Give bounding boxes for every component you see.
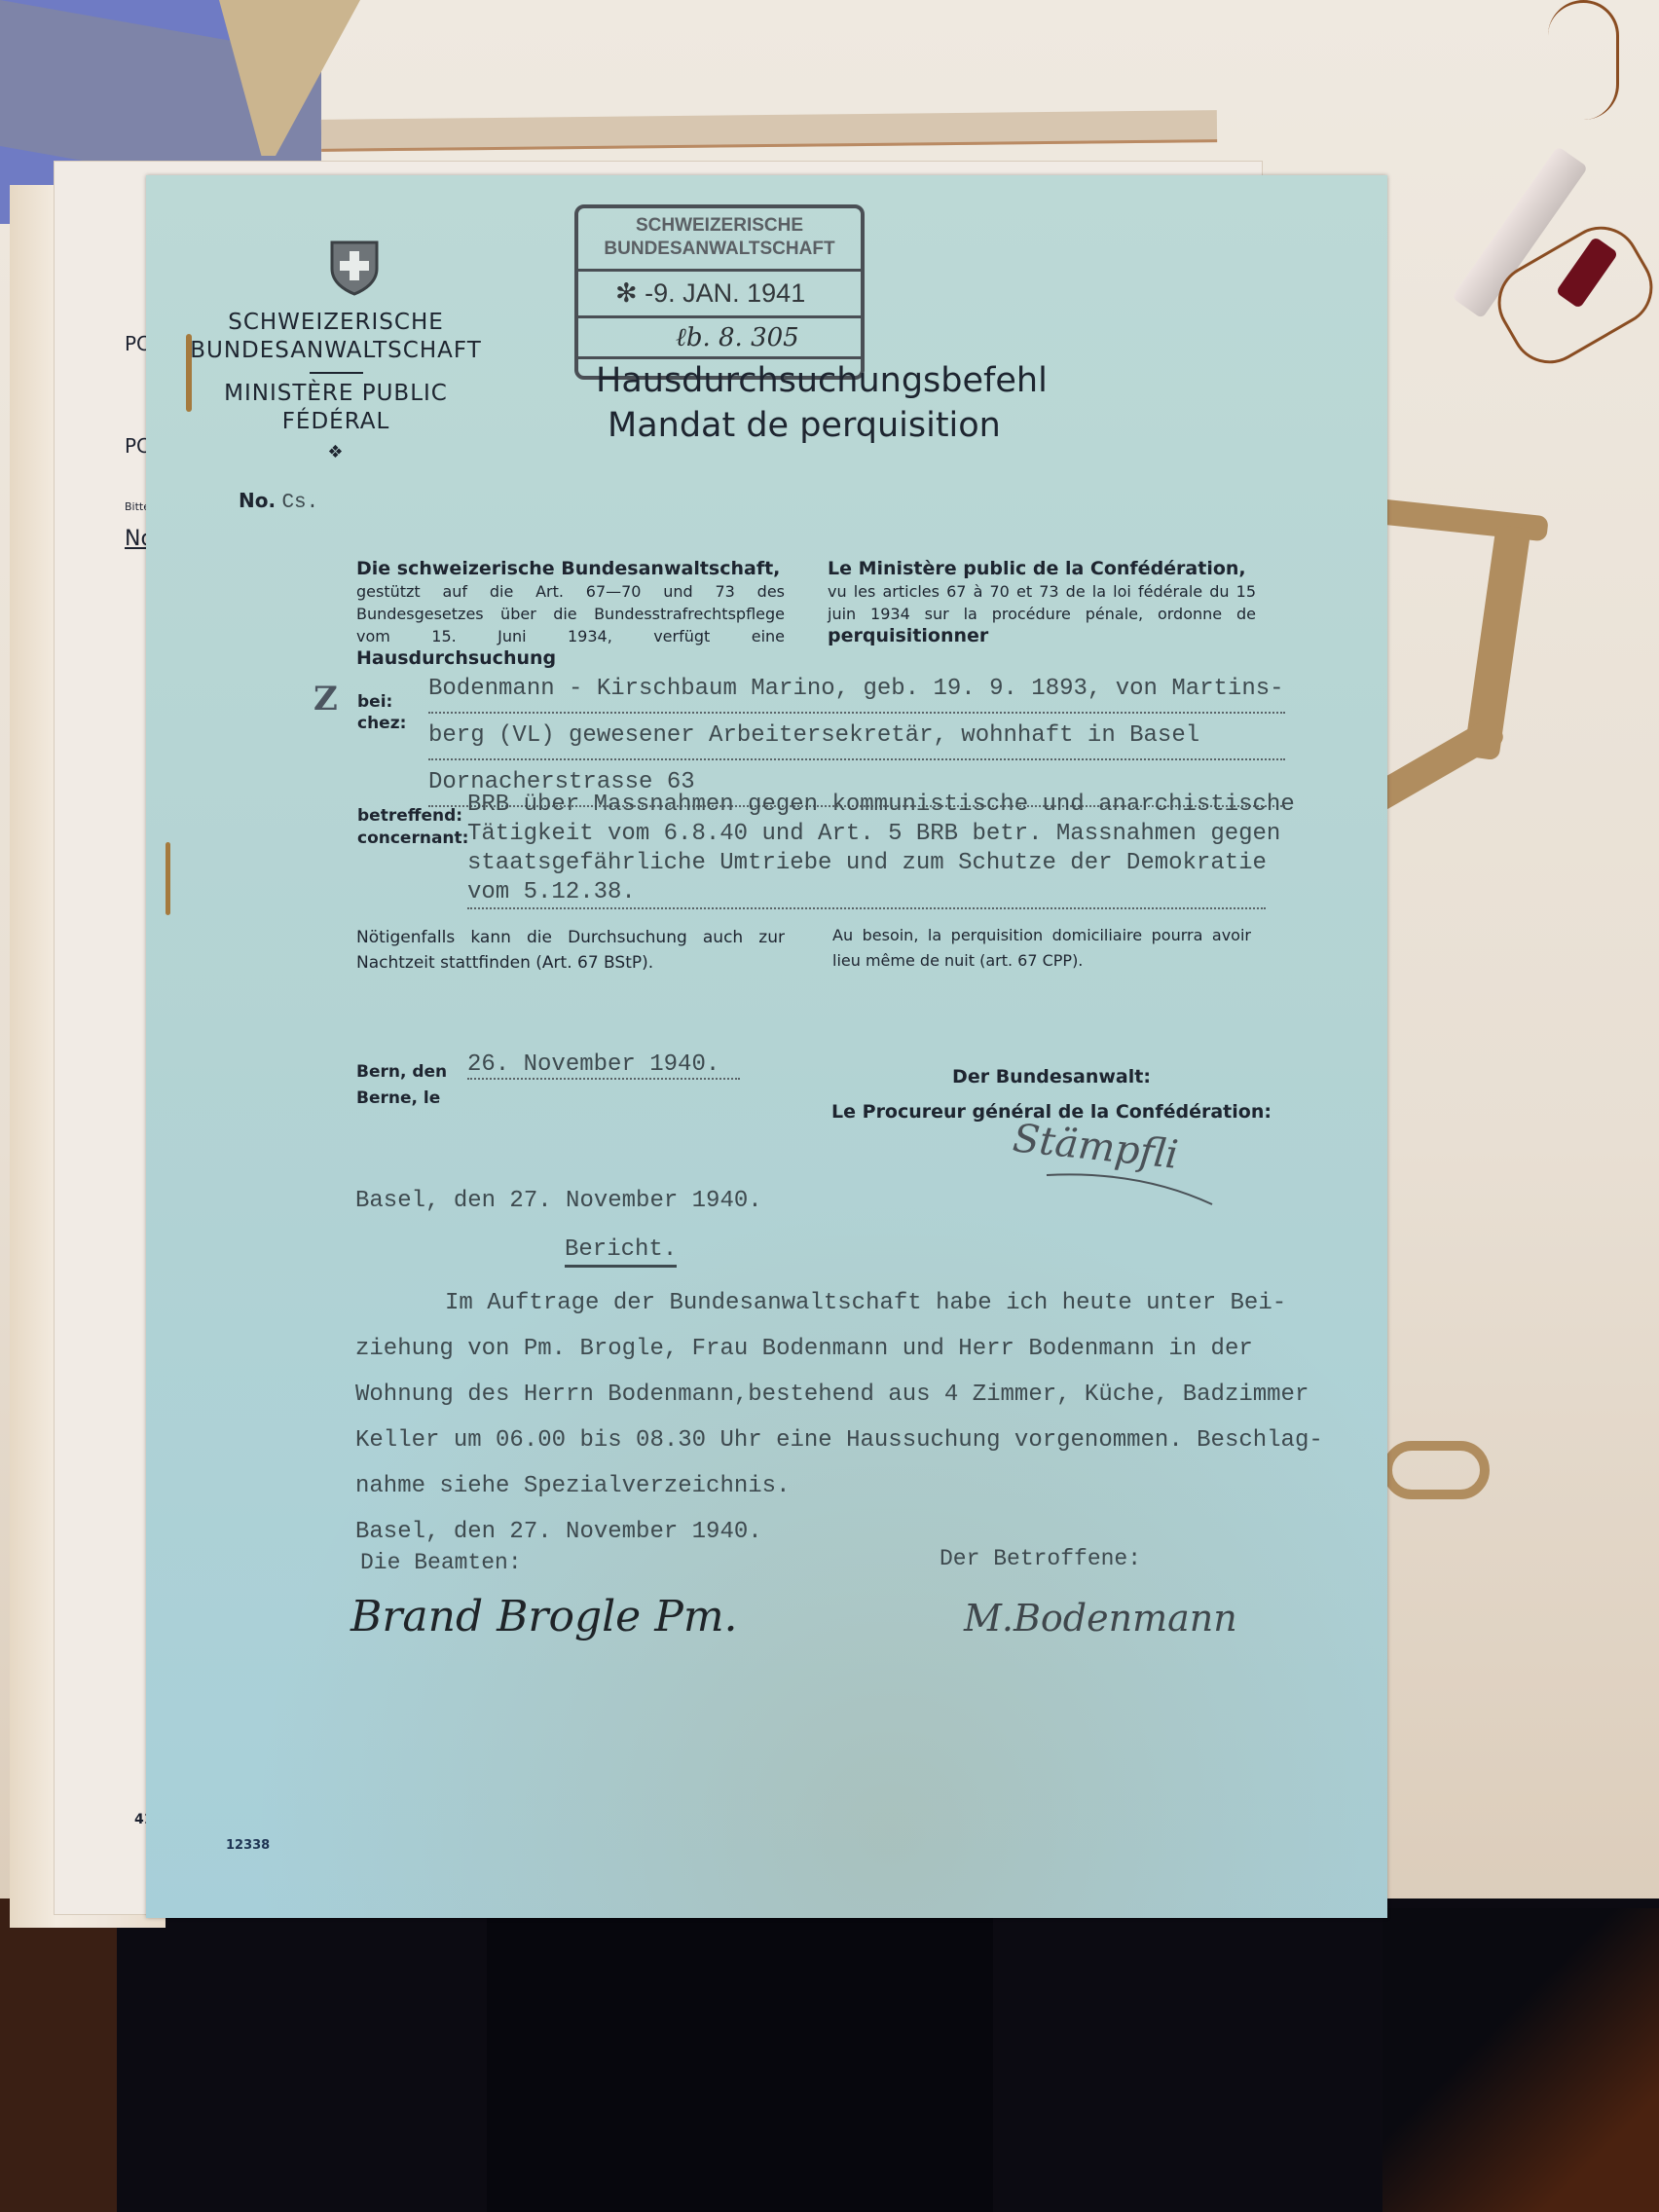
- officials-label: Die Beamten:: [360, 1550, 522, 1575]
- org-name-de-line1: SCHWEIZERISCHE: [175, 309, 497, 337]
- photographer-leg: [487, 1908, 993, 2212]
- preamble-fr-heading: Le Ministère public de la Confédération,: [828, 558, 1256, 580]
- preamble-fr: Le Ministère public de la Confédération,…: [828, 558, 1256, 647]
- search-warrant-form: SCHWEIZERISCHE BUNDESANWALTSCHAFT MINIST…: [146, 175, 1387, 1918]
- staple-bottom: [166, 842, 170, 915]
- report-line-4: Keller um 06.00 bis 08.30 Uhr eine Hauss…: [355, 1418, 1387, 1463]
- received-stamp: SCHWEIZERISCHE BUNDESANWALTSCHAFT ✻ -9. …: [574, 204, 865, 380]
- number-label: No.: [239, 489, 276, 512]
- stamp-date: ✻ -9. JAN. 1941: [615, 278, 805, 309]
- subject-line-2: Tätigkeit vom 6.8.40 und Art. 5 BRB betr…: [467, 820, 1324, 849]
- stamp-reference: ℓb. 8. 305: [676, 323, 799, 352]
- preamble-de-bold: Hausdurchsuchung: [356, 647, 556, 669]
- org-name-de-line2: BUNDESANWALTSCHAFT: [175, 337, 497, 365]
- stamp-line2: BUNDESANWALTSCHAFT: [578, 238, 861, 261]
- floor-wood: [0, 1899, 117, 2212]
- night-clause-de: Nötigenfalls kann die Durchsuchung auch …: [356, 925, 785, 976]
- recipient-labels: bei: chez:: [357, 691, 406, 734]
- number-value: Cs.: [281, 492, 318, 514]
- signature-flourish-icon: [1042, 1170, 1217, 1209]
- stamp-line1: SCHWEIZERISCHE: [578, 214, 861, 238]
- subject-line-3: staatsgefährliche Umtriebe und zum Schut…: [467, 849, 1324, 878]
- report-place-date: Basel, den 27. November 1940.: [355, 1188, 762, 1214]
- pen-cord-top: [1548, 0, 1619, 120]
- floor-right: [1382, 1908, 1659, 2212]
- issue-place-labels: Bern, den Berne, le: [356, 1059, 447, 1112]
- betreffend-label: betreffend:: [357, 805, 468, 828]
- preamble-de-heading: Die schweizerische Bundesanwaltschaft,: [356, 558, 785, 580]
- title-fr: Mandat de perquisition: [596, 403, 1048, 448]
- issuer-title-de: Der Bundesanwalt:: [808, 1059, 1295, 1094]
- report-title: Bericht.: [565, 1236, 677, 1268]
- header-divider: [310, 372, 363, 374]
- officials-signature: Brand Brogle Pm.: [350, 1592, 738, 1641]
- night-clause-fr: Au besoin, la perquisition domiciliaire …: [832, 923, 1251, 974]
- affected-label: Der Betroffene:: [940, 1546, 1141, 1571]
- margin-mark: Z: [313, 680, 338, 719]
- preamble-de-body: gestützt auf die Art. 67—70 und 73 des B…: [356, 582, 785, 645]
- form-title: Hausdurchsuchungsbefehl Mandat de perqui…: [596, 358, 1048, 448]
- affected-signature: M.Bodenmann: [964, 1597, 1237, 1640]
- issue-date: 26. November 1940.: [467, 1051, 740, 1080]
- folder-strap-loop: [1382, 1441, 1490, 1499]
- subject-line-1: BRB über Massnahmen gegen kommunistische…: [467, 791, 1324, 820]
- subject-line-4: vom 5.12.38.: [467, 878, 1266, 909]
- org-name-fr-line1: MINISTÈRE PUBLIC: [175, 380, 497, 408]
- report-line-5: nahme siehe Spezialverzeichnis.: [355, 1463, 1387, 1509]
- photo-scene: PC PC Bitte No 41 SCHWEIZERISCHE BUNDESA…: [0, 0, 1659, 2212]
- form-number: 12338: [226, 1838, 270, 1853]
- subject-labels: betreffend: concernant:: [357, 805, 468, 850]
- org-name-fr-line2: FÉDÉRAL: [175, 408, 497, 436]
- report-body: Im Auftrage der Bundesanwaltschaft habe …: [355, 1280, 1387, 1555]
- bei-label: bei:: [357, 691, 406, 713]
- report-line-6: Basel, den 27. November 1940.: [355, 1509, 1387, 1555]
- berne-label: Berne, le: [356, 1086, 447, 1112]
- swiss-shield-icon: [329, 240, 380, 296]
- title-de: Hausdurchsuchungsbefehl: [596, 358, 1048, 403]
- report-line-2: ziehung von Pm. Brogle, Frau Bodenmann u…: [355, 1326, 1387, 1372]
- preamble-fr-body: vu les articles 67 à 70 et 73 de la loi …: [828, 582, 1256, 623]
- report-line-3: Wohnung des Herrn Bodenmann,bestehend au…: [355, 1372, 1387, 1418]
- bern-label: Bern, den: [356, 1059, 447, 1086]
- chez-label: chez:: [357, 713, 406, 734]
- recipient-line-2: berg (VL) gewesener Arbeitersekretär, wo…: [428, 714, 1285, 760]
- ornament-icon: ❖: [175, 438, 497, 466]
- concernant-label: concernant:: [357, 828, 468, 850]
- subject-field[interactable]: BRB über Massnahmen gegen kommunistische…: [467, 791, 1324, 909]
- recipient-line-1: Bodenmann - Kirschbaum Marino, geb. 19. …: [428, 667, 1285, 714]
- preamble-de: Die schweizerische Bundesanwaltschaft, g…: [356, 558, 785, 670]
- recipient-field[interactable]: Bodenmann - Kirschbaum Marino, geb. 19. …: [428, 667, 1285, 807]
- report-line-1: Im Auftrage der Bundesanwaltschaft habe …: [355, 1280, 1387, 1326]
- preamble-fr-bold: perquisitionner: [828, 625, 988, 646]
